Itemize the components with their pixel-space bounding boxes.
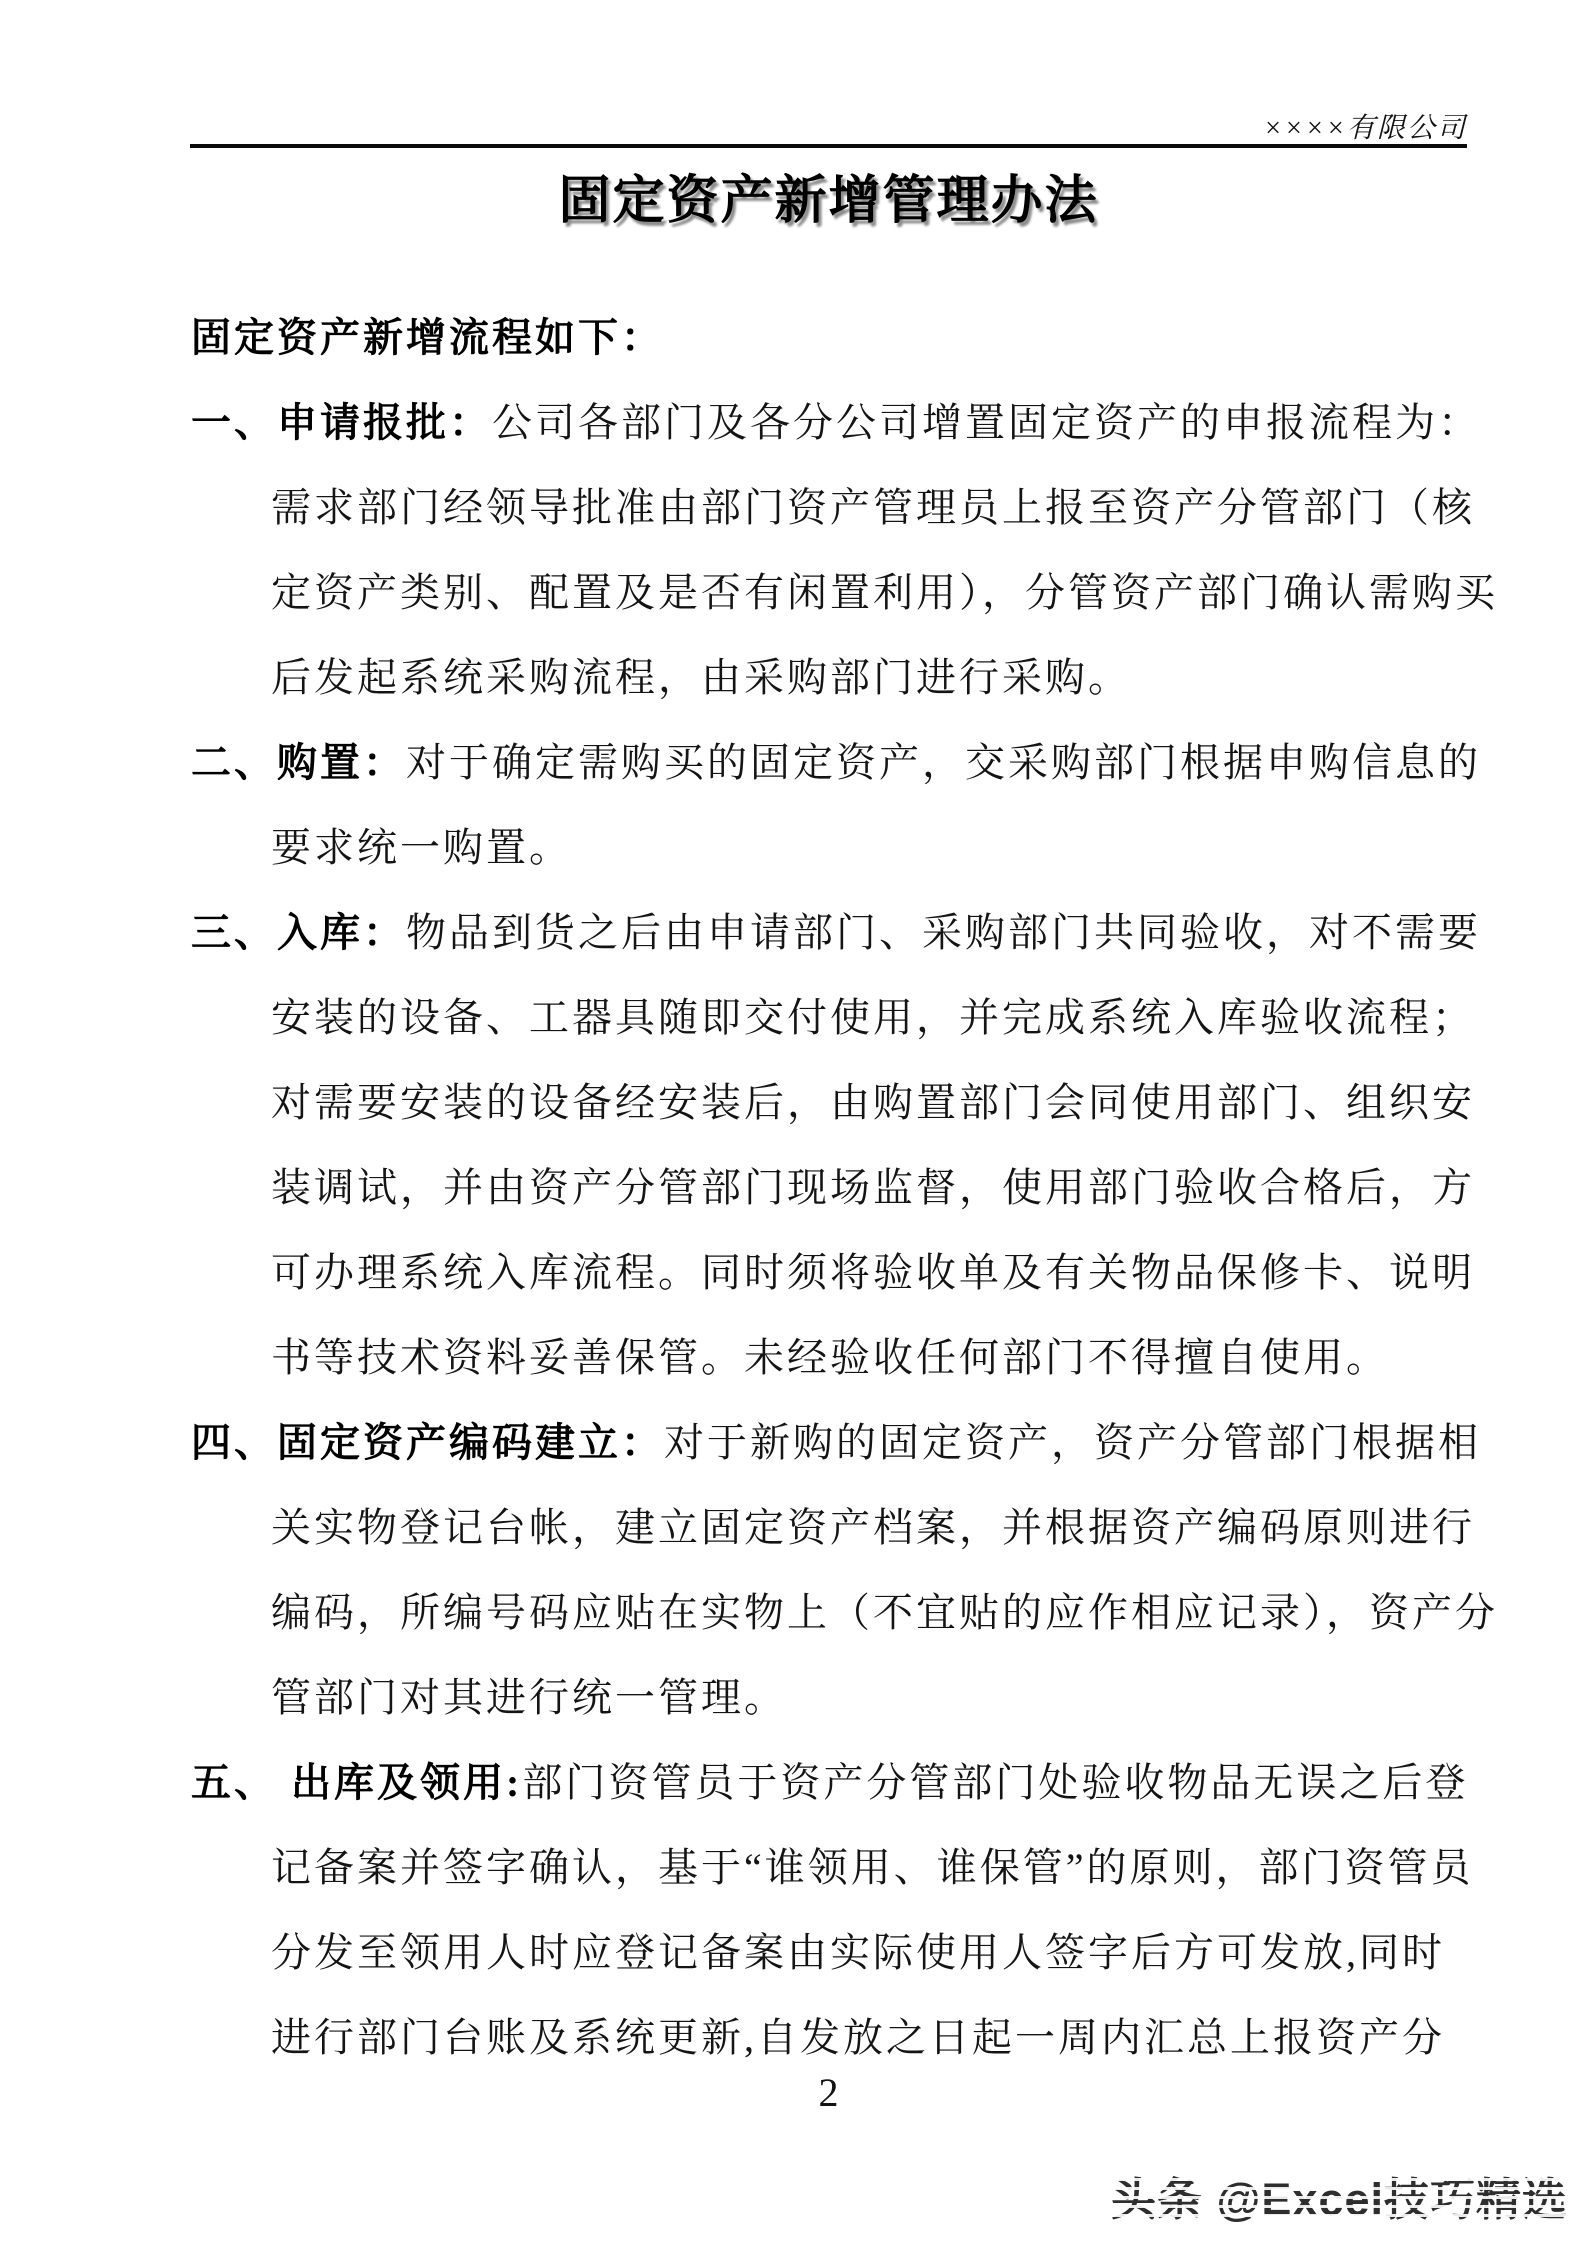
paragraph-label: 出库及领用: [291,1760,522,1805]
document-page: ××××有限公司 固定资产新增管理办法 固定资产新增流程如下： 一、申请报批：公… [0,0,1587,2245]
paragraph-label: 申请报批： [277,400,492,445]
numbered-paragraph: 三、入库：物品到货之后由申请部门、采购部门共同验收，对不需要 安装的设备、工器具… [191,890,1472,1400]
paragraph-label: 固定资产编码建立： [277,1420,664,1465]
paragraph-line: 要求统一购置。 [271,825,572,870]
paragraph-text: 公司各部门及各分公司增置固定资产的申报流程为： [492,400,1481,445]
paragraph-text: 对于新购的固定资产，资产分管部门根据相 [664,1420,1481,1465]
numbered-paragraph: 一、申请报批：公司各部门及各分公司增置固定资产的申报流程为： 需求部门经领导批准… [191,380,1472,720]
paragraph-line: 书等技术资料妥善保管。未经验收任何部门不得擅自使用。 [271,1335,1389,1380]
paragraph-line: 安装的设备、工器具随即交付使用，并完成系统入库验收流程； [271,995,1475,1040]
numbered-paragraph: 五、出库及领用:部门资管员于资产分管部门处验收物品无误之后登 记备案并签字确认，… [191,1740,1472,2080]
paragraph-number: 五、 [191,1760,277,1805]
numbered-paragraph: 四、固定资产编码建立：对于新购的固定资产，资产分管部门根据相 关实物登记台帐，建… [191,1400,1472,1740]
watermark: 头条 @Excel技巧精选 [1111,2163,1568,2228]
paragraph-text: 部门资管员于资产分管部门处验收物品无误之后登 [522,1760,1468,1805]
page-title: 固定资产新增管理办法 [190,158,1467,233]
paragraph-line: 定资产类别、配置及是否有闲置利用），分管资产部门确认需购买 [271,570,1498,615]
paragraph-line: 管部门对其进行统一管理。 [271,1675,787,1720]
header-rule [190,144,1467,148]
numbered-paragraph: 二、购置：对于确定需购买的固定资产，交采购部门根据申购信息的 要求统一购置。 [191,720,1472,890]
paragraph-line: 编码，所编号码应贴在实物上（不宜贴的应作相应记录），资产分 [271,1590,1498,1635]
intro-line: 固定资产新增流程如下： [191,295,1472,380]
paragraph-line: 对需要安装的设备经安装后，由购置部门会同使用部门、组织安 [271,1080,1475,1125]
paragraph-line: 可办理系统入库流程。同时须将验收单及有关物品保修卡、说明 [271,1250,1475,1295]
paragraph-label: 购置： [277,740,406,785]
paragraph-line: 需求部门经领导批准由部门资产管理员上报至资产分管部门（核 [271,485,1475,530]
paragraph-text: 对于确定需购买的固定资产，交采购部门根据申购信息的 [406,740,1481,785]
document-body: 固定资产新增流程如下： 一、申请报批：公司各部门及各分公司增置固定资产的申报流程… [191,295,1472,2080]
paragraph-line: 分发至领用人时应登记备案由实际使用人签字后方可发放,同时 [271,1930,1445,1975]
paragraph-line: 关实物登记台帐，建立固定资产档案，并根据资产编码原则进行 [271,1505,1475,1550]
paragraph-number: 四、 [191,1420,277,1465]
company-name: ××××有限公司 [1263,106,1467,146]
page-number: 2 [190,2050,1467,2135]
paragraph-number: 一、 [191,400,277,445]
paragraph-number: 二、 [191,740,277,785]
paragraph-text: 物品到货之后由申请部门、采购部门共同验收，对不需要 [406,910,1481,955]
paragraph-line: 装调试，并由资产分管部门现场监督，使用部门验收合格后，方 [271,1165,1475,1210]
paragraph-label: 入库： [277,910,406,955]
paragraph-line: 后发起系统采购流程，由采购部门进行采购。 [271,655,1131,700]
paragraph-line: 记备案并签字确认，基于“谁领用、谁保管”的原则，部门资管员 [271,1845,1474,1890]
paragraph-number: 三、 [191,910,277,955]
